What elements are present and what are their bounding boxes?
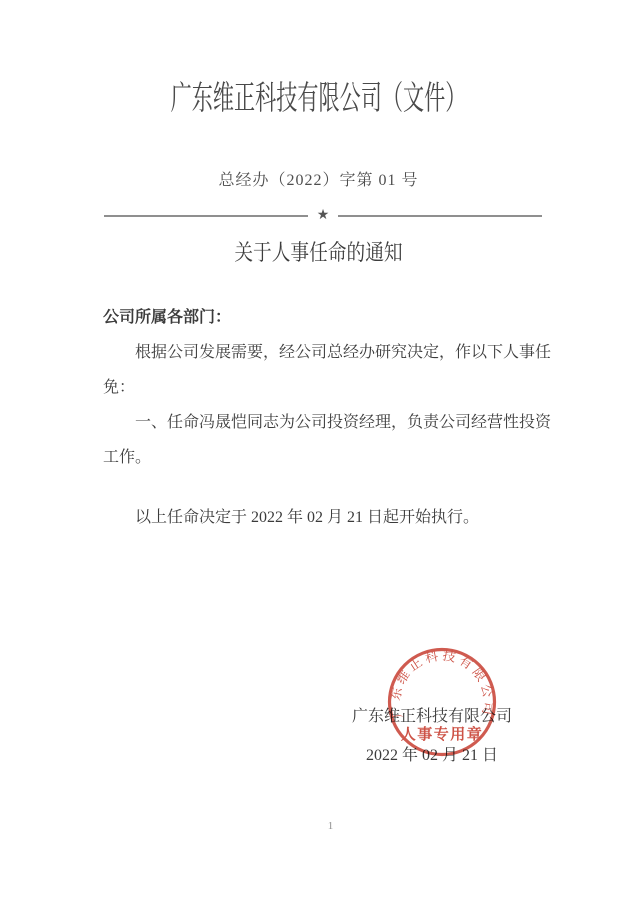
page-number: 1 bbox=[12, 820, 637, 832]
seal-arc-text: 广东维正科技有限公司 bbox=[387, 648, 496, 720]
notice-title: 关于人事任命的通知 bbox=[48, 236, 589, 267]
salutation: 公司所属各部门： bbox=[103, 300, 551, 335]
effective-date-line: 以上任命决定于 2022 年 02 月 21 日起开始执行。 bbox=[103, 500, 551, 535]
company-title: 广东维正科技有限公司（文件） bbox=[115, 72, 523, 119]
divider-line-left bbox=[104, 215, 308, 217]
divider-line-right bbox=[338, 215, 542, 217]
paragraph-line: 免： bbox=[103, 370, 551, 405]
seal-bottom-text: 人事专用章 bbox=[401, 725, 484, 743]
paragraph-line: 一、任命冯晟恺同志为公司投资经理，负责公司经营性投资 bbox=[103, 405, 551, 440]
paragraph-line: 工作。 bbox=[103, 440, 551, 475]
star-icon: ★ bbox=[317, 209, 330, 223]
document-page: 广东维正科技有限公司（文件） 总经办（2022）字第 01 号 ★ 关于人事任命… bbox=[0, 0, 637, 900]
document-body: 公司所属各部门： 根据公司发展需要，经公司总经办研究决定，作以下人事任 免： 一… bbox=[103, 300, 551, 535]
document-reference-number: 总经办（2022）字第 01 号 bbox=[0, 167, 637, 190]
header-divider: ★ bbox=[104, 209, 542, 223]
company-seal: 广东维正科技有限公司 人事专用章 bbox=[386, 646, 498, 758]
svg-text:广东维正科技有限公司: 广东维正科技有限公司 bbox=[387, 648, 496, 720]
paragraph-line: 根据公司发展需要，经公司总经办研究决定，作以下人事任 bbox=[103, 335, 551, 370]
